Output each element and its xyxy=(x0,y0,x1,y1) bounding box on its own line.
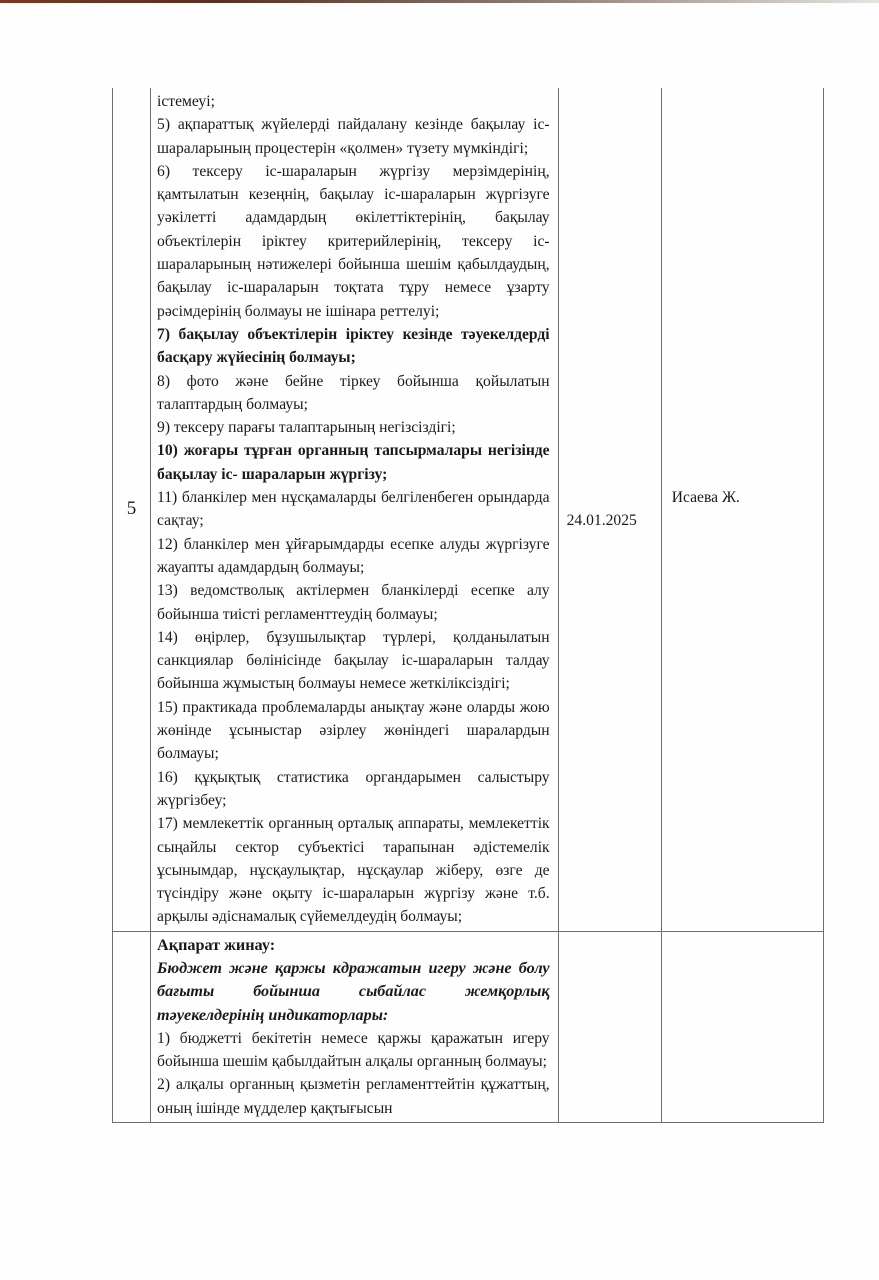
deadline-date: 24.01.2025 xyxy=(567,494,661,530)
section-heading: Ақпарат жинау: xyxy=(157,934,550,957)
section-subheading: Бюджет және қаржы кдражатын игеру және б… xyxy=(157,957,550,1027)
list-item: 1) бюджетті бекітетін немесе қаржы қараж… xyxy=(157,1027,550,1074)
list-item: 11) бланкілер мен нұсқамаларды белгіленб… xyxy=(157,486,550,533)
list-item: 8) фото және бейне тіркеу бойынша қойыла… xyxy=(157,370,550,417)
responsible-cell xyxy=(661,931,823,1122)
list-item: 15) практикада проблемаларды анықтау жән… xyxy=(157,696,550,766)
photo-edge xyxy=(0,0,879,3)
list-item: 2) алқалы органның қызметін регламенттей… xyxy=(157,1073,550,1120)
risk-table: 5 істемеуі; 5) ақпараттық жүйелерді пайд… xyxy=(112,88,824,1123)
list-item: 13) ведомстволық актілермен бланкілерді … xyxy=(157,579,550,626)
risk-description: істемеуі; 5) ақпараттық жүйелерді пайдал… xyxy=(151,88,559,931)
list-item: 12) бланкілер мен ұйғарымдарды есепке ал… xyxy=(157,533,550,580)
table-row: Ақпарат жинау: Бюджет және қаржы кдражат… xyxy=(113,931,824,1122)
list-item: 6) тексеру іс-шараларын жүргізу мерзімде… xyxy=(157,160,550,323)
list-item: 9) тексеру парағы талаптарының негізсізд… xyxy=(157,416,550,439)
row-number xyxy=(113,931,151,1122)
risk-description: Ақпарат жинау: Бюджет және қаржы кдражат… xyxy=(151,931,559,1122)
list-item: 14) өңірлер, бұзушылықтар түрлері, қолда… xyxy=(157,626,550,696)
responsible-cell: Исаева Ж. xyxy=(661,88,823,931)
list-item: 17) мемлекеттік органның орталық аппарат… xyxy=(157,812,550,928)
list-item: істемеуі; xyxy=(157,90,550,113)
list-item: 10) жоғары тұрған органның тапсырмалары … xyxy=(157,439,550,486)
table-row: 5 істемеуі; 5) ақпараттық жүйелерді пайд… xyxy=(113,88,824,931)
date-cell: 24.01.2025 xyxy=(558,88,661,931)
list-item: 5) ақпараттық жүйелерді пайдалану кезінд… xyxy=(157,113,550,160)
list-item: 7) бақылау объектілерін іріктеу кезінде … xyxy=(157,323,550,370)
date-cell xyxy=(558,931,661,1122)
row-number: 5 xyxy=(113,88,151,931)
list-item: 16) құқықтық статистика органдарымен сал… xyxy=(157,766,550,813)
responsible-person: Исаева Ж. xyxy=(672,489,823,529)
